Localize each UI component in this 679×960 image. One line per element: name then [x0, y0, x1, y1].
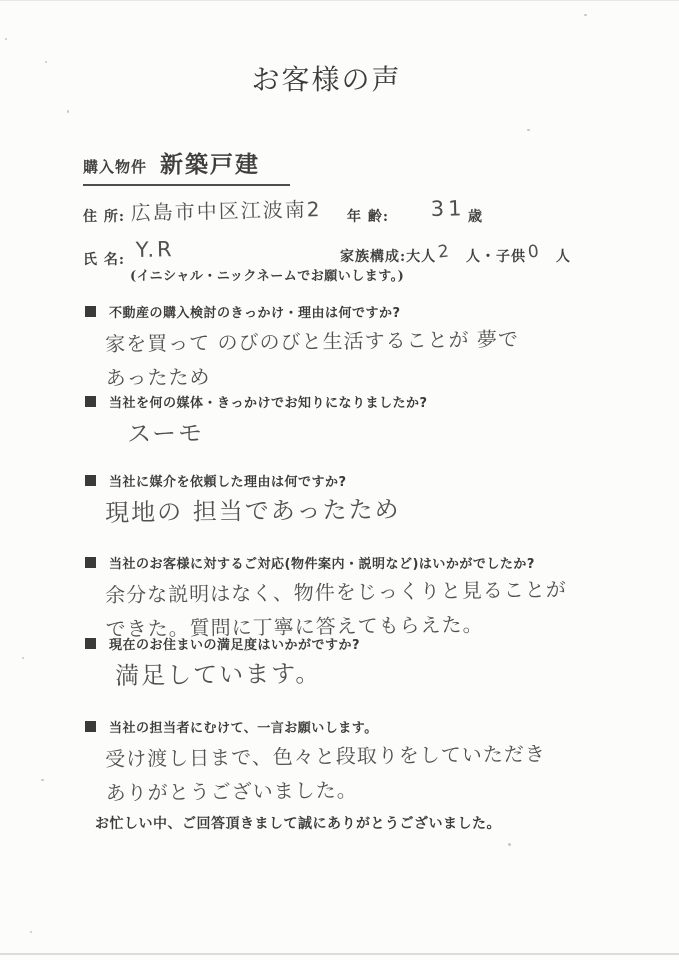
question-row: 現在のお住まいの満足度はいかがですか? [85, 634, 650, 653]
scan-speck [5, 38, 7, 40]
question-block-message-to-agent: 当社の担当者にむけて、一言お願いします。 受け渡し日まで、色々と段取りをしていた… [85, 717, 650, 810]
scanned-customer-voice-form: お客様の声 購入物件新築戸建 住 所: 広島市中区江波南2 年 齢: 31 歳 … [0, 0, 679, 960]
question-block-purchase-reason: 不動産の購入検討のきっかけ・理由は何ですか? 家を買って のびのびと生活すること… [85, 302, 650, 395]
property-label: 購入物件 [83, 158, 147, 176]
family-composition-line: 家族構成:大人2人・子供0人 [340, 246, 571, 266]
handwritten-answer: 満足しています。 [115, 652, 650, 693]
scan-speck [45, 61, 47, 63]
scan-speck [22, 657, 24, 659]
question-row: 当社の担当者にむけて、一言お願いします。 [85, 717, 650, 736]
question-label: 当社のお客様に対するご対応(物件案内・説明など)はいかがでしたか? [109, 553, 535, 572]
address-label: 住 所: [83, 206, 125, 226]
closing-thanks-text: お忙しい中、ご回答頂きまして誠にありがとうございました。 [95, 813, 501, 833]
family-adults-handwritten: 2 [437, 241, 451, 262]
scan-edge-top [0, 0, 679, 1]
age-suffix: 歳 [468, 206, 483, 226]
square-bullet-icon [85, 475, 96, 486]
scan-speck [508, 843, 511, 846]
scan-speck [67, 110, 69, 113]
age-label: 年 齢: [347, 206, 389, 226]
question-block-brokerage-reason: 当社に媒介を依頼した理由は何ですか? 現地の 担当であったため [85, 471, 650, 530]
family-suffix-label: 人 [556, 249, 571, 265]
square-bullet-icon [85, 306, 96, 317]
answer-line: 満足しています。 [115, 652, 650, 693]
answer-line: ありがとうございました。 [105, 769, 650, 810]
property-value: 新築戸建 [160, 151, 260, 178]
question-block-satisfaction: 現在のお住まいの満足度はいかがですか? 満足しています。 [85, 634, 650, 693]
address-value-handwritten: 広島市中区江波南2 [130, 193, 321, 226]
question-row: 不動産の購入検討のきっかけ・理由は何ですか? [85, 302, 650, 321]
handwritten-answer: 家を買って のびのびと生活することが 夢で あったため [105, 320, 651, 395]
question-block-media-source: 当社を何の媒体・きっかけでお知りになりましたか? スーモ [85, 392, 650, 451]
scan-edge-bottom [0, 953, 679, 955]
family-label: 家族構成:大人 [340, 249, 436, 265]
scan-speck [30, 931, 32, 933]
handwritten-answer: スーモ [127, 411, 650, 451]
family-children-handwritten: 0 [527, 241, 541, 262]
question-row: 当社を何の媒体・きっかけでお知りになりましたか? [85, 392, 650, 411]
answer-line: 現地の 担当であったため [105, 489, 650, 530]
scan-speck [41, 779, 44, 781]
question-label: 不動産の購入検討のきっかけ・理由は何ですか? [109, 302, 401, 321]
age-value-handwritten: 31 [430, 196, 465, 221]
question-row: 当社に媒介を依頼した理由は何ですか? [85, 471, 650, 490]
square-bullet-icon [85, 396, 96, 407]
family-middle-label: 人・子供 [466, 249, 526, 265]
square-bullet-icon [85, 557, 96, 568]
name-value-handwritten: Y.R [135, 237, 174, 262]
page-title: お客様の声 [0, 58, 653, 98]
answer-line: スーモ [127, 411, 650, 451]
question-label: 現在のお住まいの満足度はいかがですか? [109, 634, 360, 653]
handwritten-answer: 現地の 担当であったため [105, 489, 650, 530]
scan-speck [584, 14, 587, 16]
handwritten-answer: 受け渡し日まで、色々と段取りをしていただき ありがとうございました。 [105, 735, 651, 810]
name-note: (イニシャル・ニックネームでお願いします。) [130, 265, 404, 284]
question-block-service-feedback: 当社のお客様に対するご対応(物件案内・説明など)はいかがでしたか? 余分な説明は… [85, 553, 650, 646]
question-row: 当社のお客様に対するご対応(物件案内・説明など)はいかがでしたか? [85, 553, 650, 572]
question-label: 当社を何の媒体・きっかけでお知りになりましたか? [109, 392, 428, 411]
property-line: 購入物件新築戸建 [83, 146, 290, 186]
name-label: 氏 名: [83, 249, 125, 269]
question-label: 当社に媒介を依頼した理由は何ですか? [109, 471, 347, 490]
square-bullet-icon [85, 721, 96, 732]
question-label: 当社の担当者にむけて、一言お願いします。 [109, 717, 378, 736]
answer-line: あったため [105, 354, 650, 395]
square-bullet-icon [85, 638, 96, 649]
scan-speck [527, 129, 530, 131]
